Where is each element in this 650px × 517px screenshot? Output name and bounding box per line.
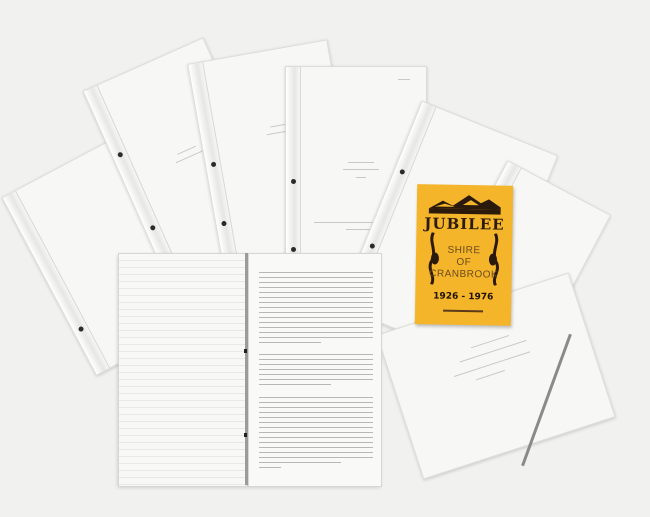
binding-staple: [244, 349, 247, 353]
booklet-title: JUBILEE: [416, 214, 512, 234]
typed-line: [259, 277, 373, 278]
typed-line: [259, 317, 373, 318]
typed-line: [259, 452, 373, 453]
booklet-years: 1926 - 1976: [415, 291, 511, 303]
booklet-subtitle-line-1: SHIRE: [416, 244, 512, 257]
typed-line: [259, 427, 373, 428]
typed-line: [259, 447, 373, 448]
typed-line: [259, 307, 373, 308]
booklet-subtitle-line-3: CRANBROOK: [416, 268, 512, 281]
typed-line: [259, 312, 373, 313]
typed-line: [259, 417, 373, 418]
photo-scene: JUBILEE SHIRE OF CRANBROOK 1926 - 1976: [0, 0, 650, 517]
typed-line: [259, 422, 373, 423]
punch-hole: [291, 179, 296, 184]
typed-title-line: [356, 177, 366, 178]
typed-line: [259, 359, 373, 360]
typed-line: [259, 322, 373, 323]
typed-title-line: [476, 370, 505, 380]
jubilee-booklet: JUBILEE SHIRE OF CRANBROOK 1926 - 1976: [415, 184, 513, 326]
typed-line: [259, 354, 373, 355]
typed-line: [259, 337, 373, 338]
mountain-range-illustration: [429, 192, 501, 215]
typed-line: [259, 407, 373, 408]
booklet-ornament: [443, 310, 483, 313]
typed-line: [259, 437, 373, 438]
typed-line: [259, 374, 373, 375]
typed-line: [259, 402, 373, 403]
typed-line: [259, 412, 373, 413]
booklet-subtitle-line-2: OF: [416, 256, 512, 269]
typed-line: [259, 287, 373, 288]
typed-line: [259, 462, 341, 463]
typed-line: [259, 282, 373, 283]
right-page-typescript: [248, 253, 382, 487]
typed-line: [259, 397, 373, 398]
typed-line: [259, 369, 373, 370]
typed-line: [259, 364, 373, 365]
binding-staple: [244, 433, 247, 437]
typed-line: [259, 467, 281, 468]
typed-line: [259, 384, 331, 385]
open-typescript-booklet: [118, 253, 380, 485]
typed-title-line: [460, 340, 527, 363]
typed-line: [259, 292, 373, 293]
typed-title-line: [348, 162, 374, 163]
typed-line: [259, 297, 373, 298]
typed-line: [259, 379, 373, 380]
typed-line: [259, 457, 373, 458]
typed-line: [259, 332, 373, 333]
typed-line: [259, 272, 373, 273]
punch-hole: [291, 247, 296, 252]
typed-line: [259, 327, 373, 328]
typed-header: [398, 79, 410, 80]
typed-line: [259, 442, 373, 443]
typed-line: [259, 342, 321, 343]
typed-title-line: [343, 169, 379, 170]
plastic-sleeve: [3, 191, 110, 375]
left-page-lined: [118, 253, 247, 487]
typed-line: [259, 302, 373, 303]
typed-line: [259, 432, 373, 433]
